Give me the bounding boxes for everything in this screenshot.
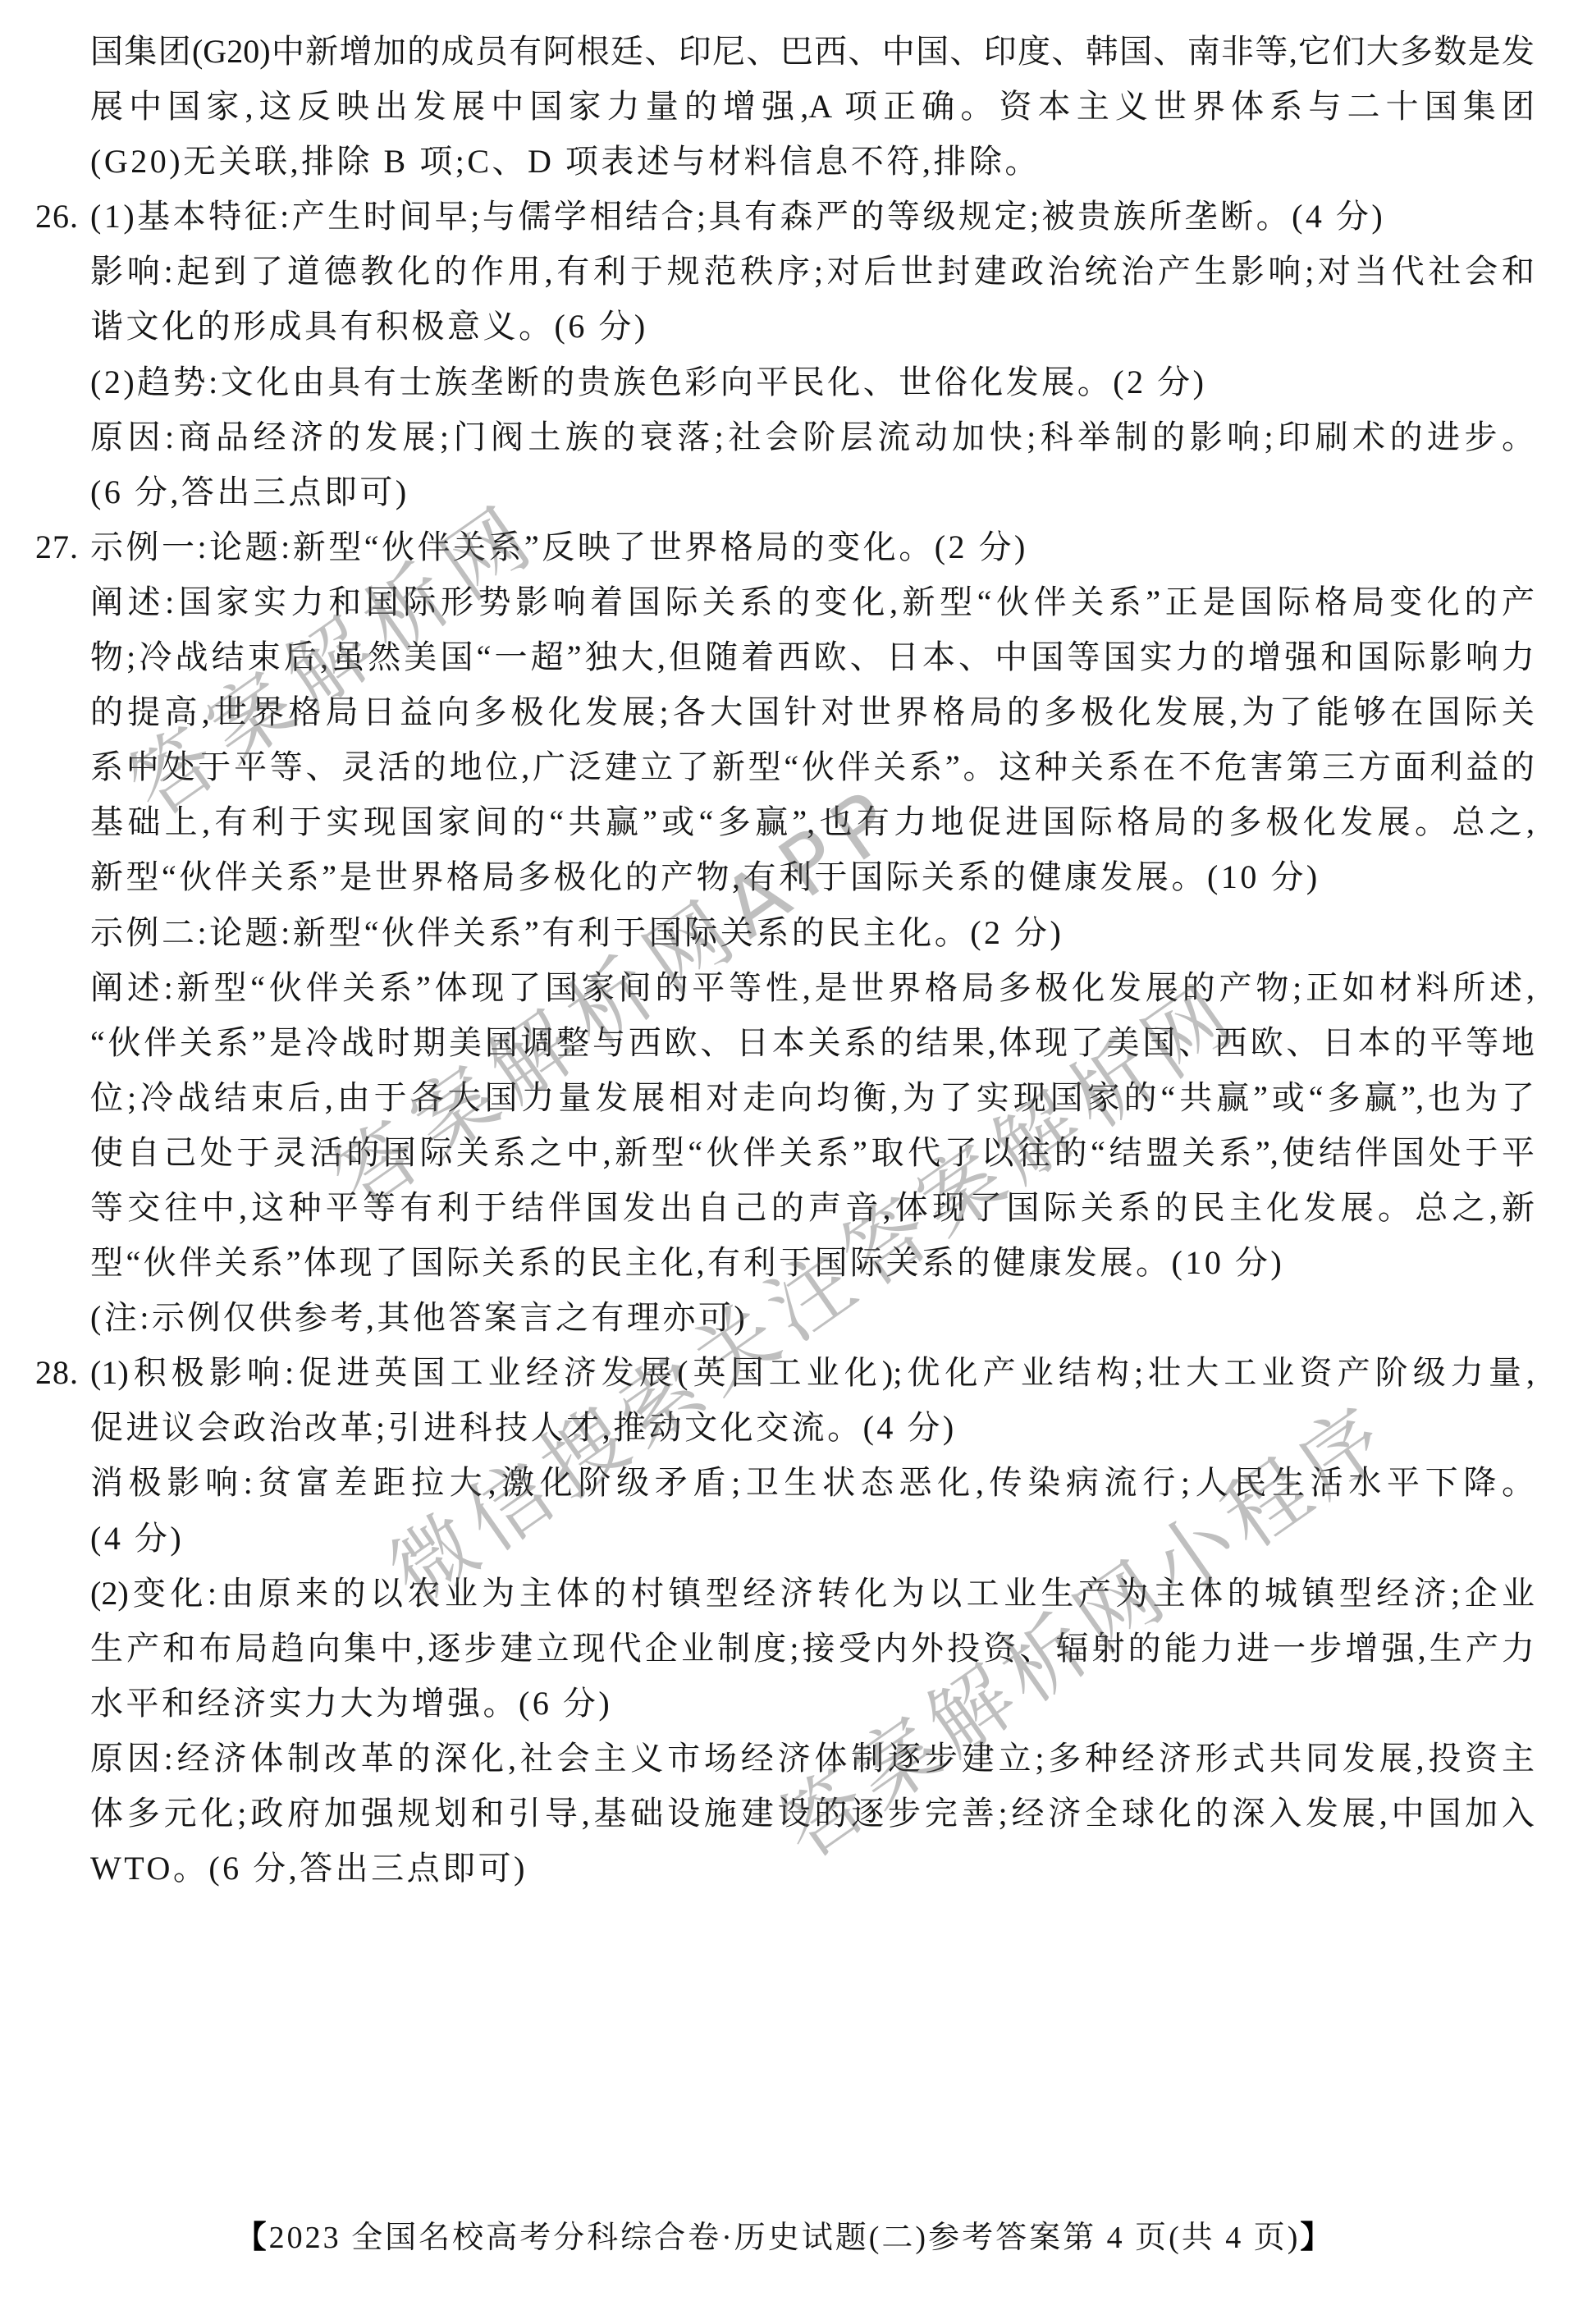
q28-change-line: 水平和经济实力大为增强。(6 分) (90, 1676, 1535, 1731)
q27-example2-argument-line: 阐述:新型“伙伴关系”体现了国家间的平等性,是世界格局多极化发展的产物;正如材料… (90, 960, 1535, 1015)
q28-reason-line: 体多元化;政府加强规划和引导,基础设施建设的逐步完善;经济全球化的深入发展,中国… (90, 1786, 1535, 1841)
q28-positive-impact-line: 促进议会政治改革;引进科技人才,推动文化交流。(4 分) (90, 1400, 1535, 1455)
footer-open-bracket: 【 (236, 2221, 269, 2255)
q27-example1-argument-line: 阐述:国家实力和国际形势影响着国际关系的变化,新型“伙伴关系”正是国际格局变化的… (90, 574, 1535, 629)
question-number-26: 26. (35, 189, 79, 244)
q28-negative-impact-line: 消极影响:贫富差距拉大,激化阶级矛盾;卫生状态恶化,传染病流行;人民生活水平下降… (90, 1455, 1535, 1510)
footer-text: 2023 全国名校高考分科综合卷·历史试题(二)参考答案第 4 页(共 4 页) (269, 2221, 1301, 2255)
q26-reason-line: 原因:商品经济的发展;门阀土族的衰落;社会阶层流动加快;科举制的影响;印刷术的进… (90, 409, 1535, 464)
q27-note: (注:示例仅供参考,其他答案言之有理亦可) (90, 1290, 1535, 1345)
answer-key-page: 国集团(G20)中新增加的成员有阿根廷、印尼、巴西、中国、印度、韩国、南非等,它… (0, 0, 1569, 2324)
q27-example1-argument-line: 系中处于平等、灵活的地位,广泛建立了新型“伙伴关系”。这种关系在不危害第三方面利… (90, 739, 1535, 794)
q28-reason-line: 原因:经济体制改革的深化,社会主义市场经济体制逐步建立;多种经济形式共同发展,投… (90, 1731, 1535, 1786)
answer-body: 国集团(G20)中新增加的成员有阿根廷、印尼、巴西、中国、印度、韩国、南非等,它… (90, 24, 1535, 1896)
q28-positive-impact-text: (1)积极影响:促进英国工业经济发展(英国工业化);优化产业结构;壮大工业资产阶… (90, 1354, 1535, 1391)
q26-features-text: (1)基本特征:产生时间早;与儒学相结合;具有森严的等级规定;被贵族所垄断。(4… (90, 198, 1385, 235)
q27-example2-argument-line: 使自己处于灵活的国际关系之中,新型“伙伴关系”取代了以往的“结盟关系”,使结伴国… (90, 1125, 1535, 1180)
q28-reason-line: WTO。(6 分,答出三点即可) (90, 1841, 1535, 1896)
question-number-27: 27. (35, 519, 79, 574)
q27-example2-argument-line: “伙伴关系”是冷战时期美国调整与西欧、日本关系的结果,体现了美国、西欧、日本的平… (90, 1015, 1535, 1070)
q28-positive-impact-line: 28. (1)积极影响:促进英国工业经济发展(英国工业化);优化产业结构;壮大工… (90, 1345, 1535, 1400)
question-number-28: 28. (35, 1345, 79, 1400)
q27-example2-argument-line: 位;冷战结束后,由于各大国力量发展相对走向均衡,为了实现国家的“共赢”或“多赢”… (90, 1070, 1535, 1125)
footer-close-bracket: 】 (1300, 2221, 1333, 2255)
q25-explanation-line: 展中国家,这反映出发展中国家力量的增强,A 项正确。资本主义世界体系与二十国集团 (90, 79, 1535, 134)
q26-impact-line: 影响:起到了道德教化的作用,有利于规范秩序;对后世封建政治统治产生影响;对当代社… (90, 244, 1535, 299)
q27-example2-argument-line: 型“伙伴关系”体现了国际关系的民主化,有利于国际关系的健康发展。(10 分) (90, 1235, 1535, 1290)
q27-example2-topic: 示例二:论题:新型“伙伴关系”有利于国际关系的民主化。(2 分) (90, 905, 1535, 960)
q28-change-line: (2)变化:由原来的以农业为主体的村镇型经济转化为以工业生产为主体的城镇型经济;… (90, 1566, 1535, 1621)
q26-part2-trend: (2)趋势:文化由具有士族垄断的贵族色彩向平民化、世俗化发展。(2 分) (90, 355, 1535, 409)
q27-example1-topic: 27. 示例一:论题:新型“伙伴关系”反映了世界格局的变化。(2 分) (90, 519, 1535, 574)
q27-example1-argument-line: 新型“伙伴关系”是世界格局多极化的产物,有利于国际关系的健康发展。(10 分) (90, 849, 1535, 904)
q28-negative-impact-line: (4 分) (90, 1511, 1535, 1566)
q26-part1-features: 26. (1)基本特征:产生时间早;与儒学相结合;具有森严的等级规定;被贵族所垄… (90, 189, 1535, 244)
q25-explanation-line: (G20)无关联,排除 B 项;C、D 项表述与材料信息不符,排除。 (90, 134, 1535, 189)
q27-example1-argument-line: 的提高,世界格局日益向多极化发展;各大国针对世界格局的多极化发展,为了能够在国际… (90, 684, 1535, 739)
page-footer: 【2023 全国名校高考分科综合卷·历史试题(二)参考答案第 4 页(共 4 页… (0, 2213, 1569, 2262)
q27-example2-argument-line: 等交往中,这种平等有利于结伴国发出自己的声音,体现了国际关系的民主化发展。总之,… (90, 1180, 1535, 1235)
q28-change-line: 生产和布局趋向集中,逐步建立现代企业制度;接受内外投资、辐射的能力进一步增强,生… (90, 1621, 1535, 1676)
q27-example1-topic-text: 示例一:论题:新型“伙伴关系”反映了世界格局的变化。(2 分) (90, 528, 1028, 565)
q27-example1-argument-line: 基础上,有利于实现国家间的“共赢”或“多赢”,也有力地促进国际格局的多极化发展。… (90, 794, 1535, 849)
q26-reason-line: (6 分,答出三点即可) (90, 464, 1535, 519)
q25-explanation-line: 国集团(G20)中新增加的成员有阿根廷、印尼、巴西、中国、印度、韩国、南非等,它… (90, 24, 1535, 79)
q26-impact-line: 谐文化的形成具有积极意义。(6 分) (90, 299, 1535, 354)
q27-example1-argument-line: 物;冷战结束后,虽然美国“一超”独大,但随着西欧、日本、中国等国实力的增强和国际… (90, 629, 1535, 684)
